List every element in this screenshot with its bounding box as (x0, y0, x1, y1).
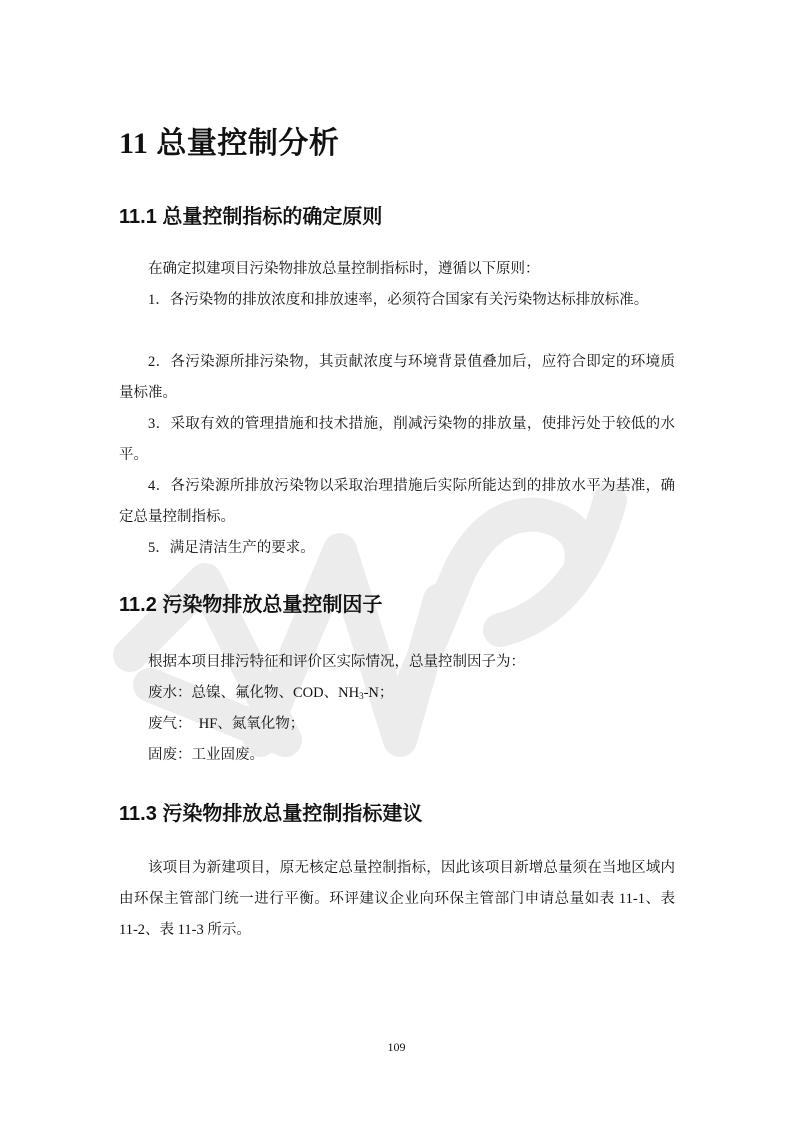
principle-3: 3．采取有效的管理措施和技术措施，削减污染物的排放量，使排污处于较低的水平。 (119, 409, 675, 471)
section-heading-11-2: 11.2 污染物排放总量控制因子 (119, 588, 382, 617)
principle-2: 2．各污染源所排污染物，其贡献浓度与环境背景值叠加后，应符合即定的环境质量标准。 (119, 347, 675, 409)
factor-solid-waste: 固废：工业固废。 (148, 745, 264, 765)
section-11-1-intro: 在确定拟建项目污染物排放总量控制指标时，遵循以下原则： (119, 254, 675, 285)
factor-wastewater: 废水：总镍、氟化物、COD、NH3-N； (148, 683, 393, 706)
factor-wastewater-suffix: -N； (364, 685, 394, 701)
page-number: 109 (0, 1040, 793, 1055)
section-heading-11-1: 11.1 总量控制指标的确定原则 (119, 200, 382, 229)
document-page: 11 总量控制分析 11.1 总量控制指标的确定原则 在确定拟建项目污染物排放总… (0, 0, 793, 1122)
section-11-2-intro: 根据本项目排污特征和评价区实际情况，总量控制因子为： (148, 652, 525, 672)
section-11-3-paragraph: 该项目为新建项目，原无核定总量控制指标，因此该项目新增总量须在当地区域内由环保主… (119, 853, 675, 946)
principle-4: 4．各污染源所排放污染物以采取治理措施后实际所能达到的排放水平为基准，确定总量控… (119, 471, 675, 533)
section-heading-11-3: 11.3 污染物排放总量控制指标建议 (119, 797, 422, 826)
principle-5: 5．满足清洁生产的要求。 (119, 533, 675, 564)
factor-waste-gas: 废气： HF、氮氧化物； (148, 714, 304, 734)
factor-wastewater-prefix: 废水：总镍、氟化物、COD、NH (148, 685, 359, 701)
principle-1: 1．各污染物的排放浓度和排放速率，必须符合国家有关污染物达标排放标准。 (119, 285, 675, 316)
chapter-title: 11 总量控制分析 (119, 118, 339, 162)
